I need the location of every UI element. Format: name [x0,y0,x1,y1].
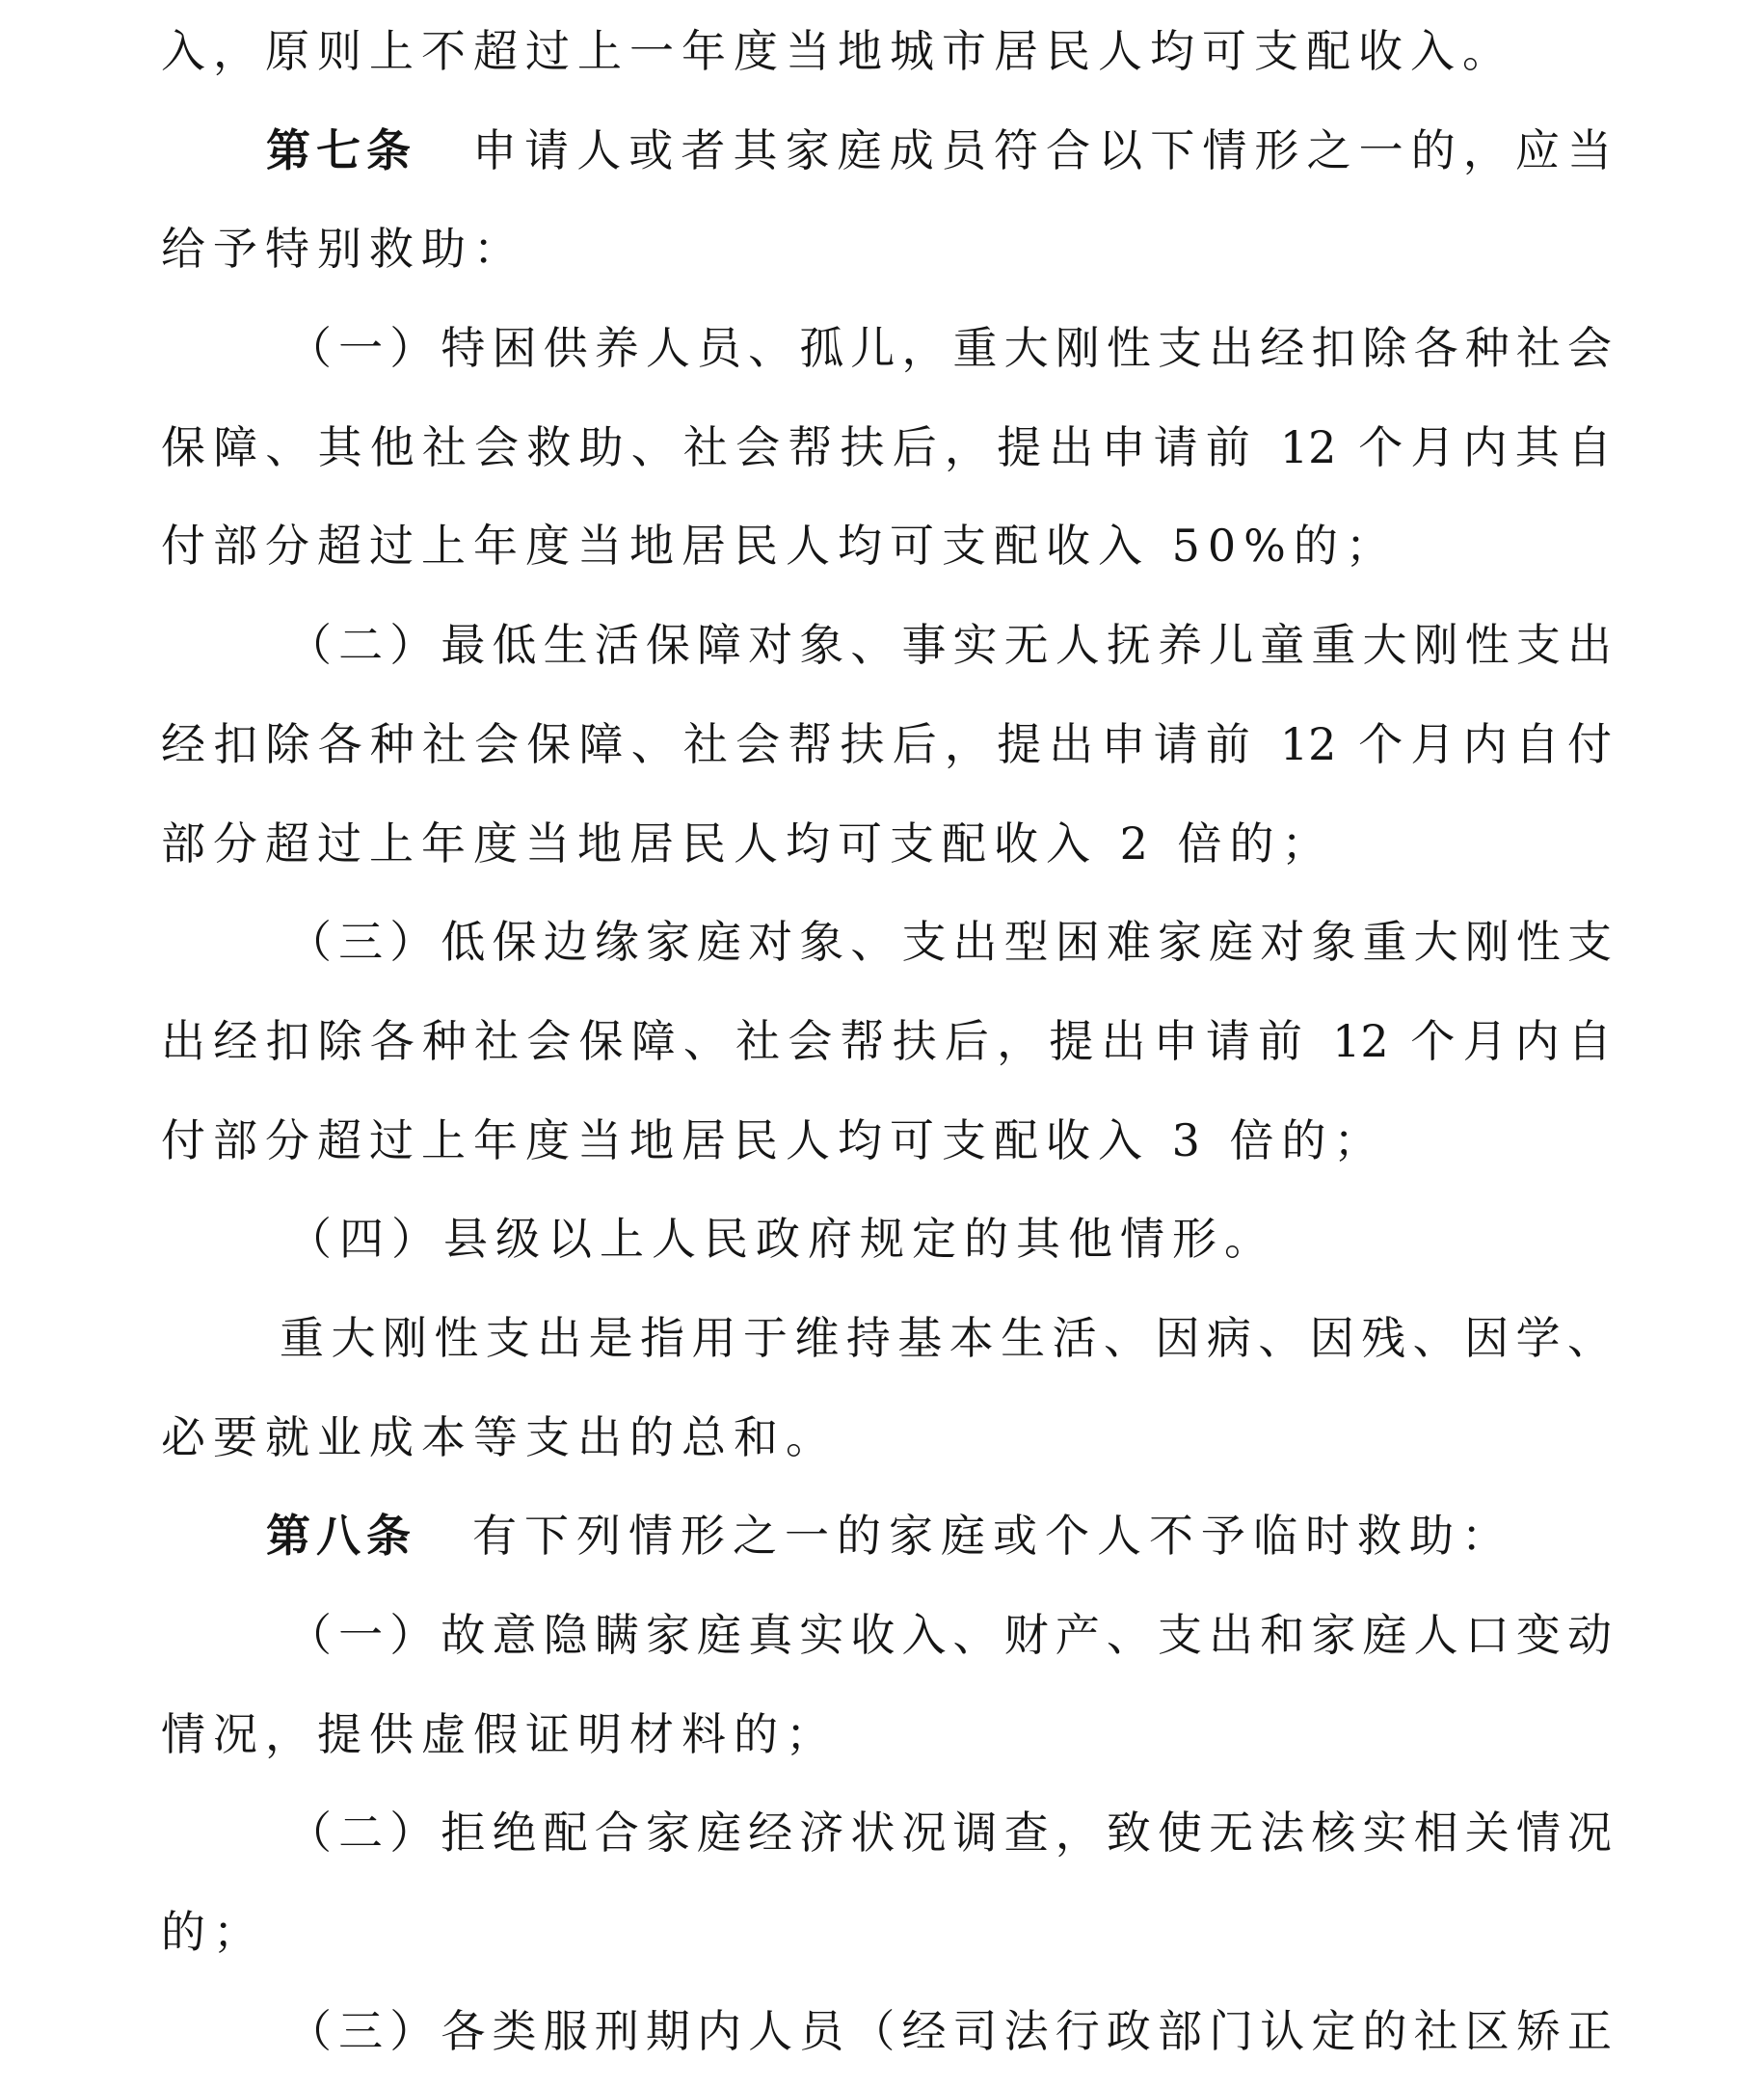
list-item-line: （二）拒绝配合家庭经济状况调查，致使无法核实相关情况 [287,1802,1612,1863]
list-item-line: （四）县级以上人民政府规定的其他情形。 [287,1208,1276,1270]
list-item-line: （一）特困供养人员、孤儿，重大刚性支出经扣除各种社会 [287,317,1612,379]
text-line: 付部分超过上年度当地居民人均可支配收入 50%的； [161,515,1398,576]
text-line: 出经扣除各种社会保障、社会帮扶后，提出申请前 12 个月内自 [161,1010,1612,1072]
paragraph-line: 重大刚性支出是指用于维持基本生活、因病、因残、因学、 [280,1307,1612,1369]
text-line: 的； [161,1901,265,1963]
article-7-line: 第七条 申请人或者其家庭成员符合以下情形之一的，应当 [266,120,1612,181]
list-item-line: （一）故意隐瞒家庭真实收入、财产、支出和家庭人口变动 [287,1604,1612,1666]
article-heading: 第八条 [266,1505,416,1566]
document-page: 入，原则上不超过上一年度当地城市居民人均可支配收入。 第七条 申请人或者其家庭成… [0,0,1764,2088]
text-line: 保障、其他社会救助、社会帮扶后，提出申请前 12 个月内其自 [161,416,1612,478]
list-item-line: （三）各类服刑期内人员（经司法行政部门认定的社区矫正 [287,2000,1612,2062]
text-line: 给予特别救助： [161,218,525,280]
list-item-line: （三）低保边缘家庭对象、支出型困难家庭对象重大刚性支 [287,911,1612,973]
text-line: 经扣除各种社会保障、社会帮扶后，提出申请前 12 个月内自付 [161,713,1612,775]
text-line: 部分超过上年度当地居民人均可支配收入 2 倍的； [161,813,1334,874]
article-8-line: 第八条 有下列情形之一的家庭或个人不予临时救助： [266,1505,1513,1566]
list-item-line: （二）最低生活保障对象、事实无人抚养儿童重大刚性支出 [287,614,1612,676]
text-line: 情况，提供虚假证明材料的； [161,1703,838,1765]
article-heading: 第七条 [266,120,416,181]
text-line: 入，原则上不超过上一年度当地城市居民人均可支配收入。 [161,20,1514,82]
article-text: 申请人或者其家庭成员符合以下情形之一的，应当 [472,120,1612,181]
text-line: 付部分超过上年度当地居民人均可支配收入 3 倍的； [161,1110,1386,1171]
text-line: 必要就业成本等支出的总和。 [161,1406,838,1468]
article-text: 有下列情形之一的家庭或个人不予临时救助： [472,1505,1513,1566]
